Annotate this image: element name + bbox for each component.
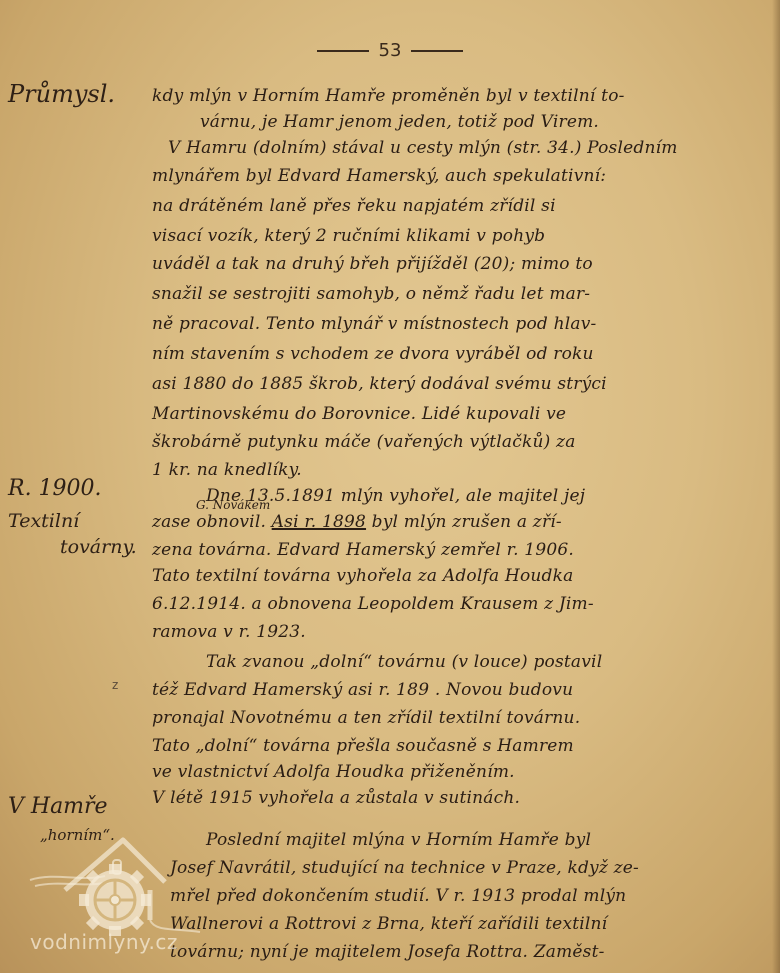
body-line: Poslední majitel mlýna v Horním Hamře by… [152, 830, 774, 850]
margin-heading-year-1900: R. 1900. [8, 476, 102, 501]
interlinear-insert: G. Novákem [196, 498, 270, 512]
margin-heading-textilni: Textilní [8, 510, 79, 532]
body-line: továrnu; nyní je majitelem Josefa Rottra… [170, 942, 774, 962]
body-line: Wallnerovi a Rottrovi z Brna, kteří zaří… [170, 914, 774, 934]
body-line: na drátěném laně přes řeku napjatém zříd… [152, 196, 774, 216]
page-number-value: 53 [379, 40, 402, 61]
body-line: mřel před dokončením studií. V r. 1913 p… [170, 886, 774, 906]
page-number-dash-left [317, 50, 369, 52]
body-line: snažil se sestrojiti samohyb, o němž řad… [152, 284, 774, 304]
body-line: 1 kr. na knedlíky. [152, 460, 774, 480]
body-line: Tato textilní továrna vyhořela za Adolfa… [152, 566, 774, 586]
margin-heading-v-hamre: V Hamře [8, 794, 108, 819]
body-line: zena továrna. Edvard Hamerský zemřel r. … [152, 540, 774, 560]
body-line: Tato „dolní“ továrna přešla současně s H… [152, 736, 774, 756]
body-line: Tak zvanou „dolní“ továrnu (v louce) pos… [152, 652, 774, 672]
document-page: 53 Průmysl. R. 1900. Textilní továrny. V… [0, 0, 780, 973]
body-line-with-underline: zase obnovil. Asi r. 1898 byl mlýn zruše… [152, 512, 774, 532]
underlined-date: Asi r. 1898 [272, 512, 366, 532]
body-line: ve vlastnictví Adolfa Houdka přiženěním. [152, 762, 774, 782]
body-line: Martinovskému do Borovnice. Lidé kupoval… [152, 404, 774, 424]
body-text: zase obnovil. [152, 512, 272, 532]
body-line: Josef Navrátil, studující na technice v … [170, 858, 774, 878]
body-line: V Hamru (dolním) stával u cesty mlýn (st… [168, 138, 774, 158]
body-line: kdy mlýn v Horním Hamře proměněn byl v t… [152, 86, 774, 106]
body-line: uváděl a tak na druhý břeh přijížděl (20… [152, 254, 774, 274]
body-line: mlynářem byl Edvard Hamerský, auch speku… [152, 166, 774, 186]
body-line: V létě 1915 vyhořela a zůstala v sutinác… [152, 788, 774, 808]
body-line: škrobárně putynku máče (vařených výtlačk… [152, 432, 774, 452]
body-line: též Edvard Hamerský asi r. 189 . Novou b… [152, 680, 774, 700]
pencil-margin-mark: z [112, 678, 118, 692]
body-line: ně pracoval. Tento mlynář v místnostech … [152, 314, 774, 334]
body-line: ramova v r. 1923. [152, 622, 774, 642]
page-number-dash-right [411, 50, 463, 52]
watermark-text: vodnimlyny.cz [30, 930, 178, 954]
body-text: byl mlýn zrušen a zří- [366, 512, 562, 532]
body-line: várnu, je Hamr jenom jeden, totiž pod Vi… [200, 112, 774, 132]
body-line: pronajal Novotnému a ten zřídil textilní… [152, 708, 774, 728]
page-number: 53 [0, 40, 780, 61]
body-line: 6.12.1914. a obnovena Leopoldem Krausem … [152, 594, 774, 614]
body-line: ním stavením s vchodem ze dvora vyráběl … [152, 344, 774, 364]
margin-heading-prumysl: Průmysl. [8, 80, 115, 108]
body-line: asi 1880 do 1885 škrob, který dodával sv… [152, 374, 774, 394]
margin-heading-tovarny: továrny. [60, 536, 137, 558]
body-line: visací vozík, který 2 ručními klikami v … [152, 226, 774, 246]
